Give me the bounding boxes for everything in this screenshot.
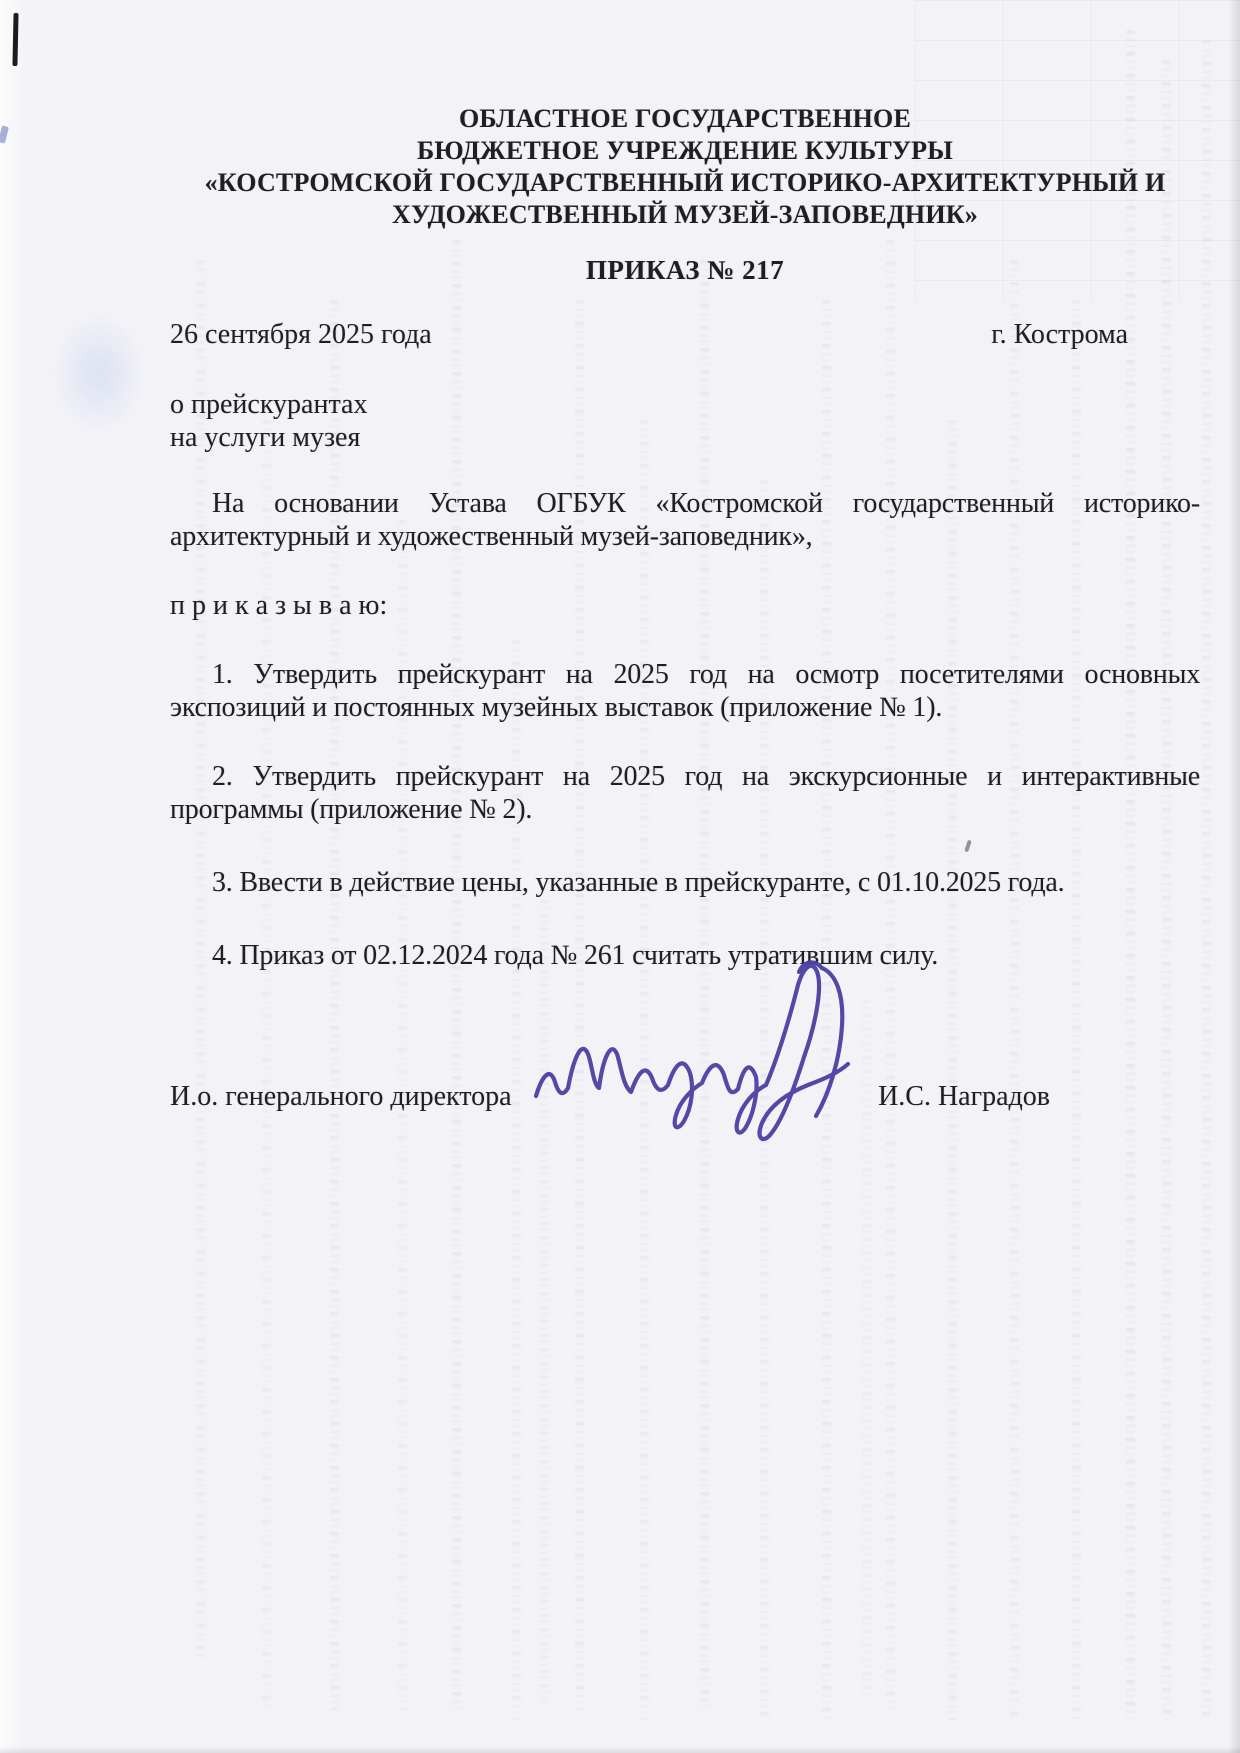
signature-name: И.С. Наградов bbox=[878, 1080, 1050, 1113]
signature-row: И.о. генерального директора И.С. Наградо… bbox=[170, 1080, 1200, 1113]
organization-name-line: «КОСТРОМСКОЙ ГОСУДАРСТВЕННЫЙ ИСТОРИКО-АР… bbox=[170, 167, 1200, 199]
signature-position-label: И.о. генерального директора bbox=[170, 1080, 512, 1113]
decree-word: п р и к а з ы в а ю: bbox=[170, 589, 1200, 622]
order-subject-line: на услуги музея bbox=[170, 421, 1200, 454]
date-city-row: 26 сентября 2025 года г. Кострома bbox=[170, 318, 1200, 351]
organization-name-line: ОБЛАСТНОЕ ГОСУДАРСТВЕННОЕ bbox=[170, 103, 1200, 135]
document-content: ОБЛАСТНОЕ ГОСУДАРСТВЕННОЕ БЮДЖЕТНОЕ УЧРЕ… bbox=[0, 0, 1240, 1753]
order-item-2: 2. Утвердить прейскурант на 2025 год на … bbox=[170, 760, 1200, 826]
organization-name: ОБЛАСТНОЕ ГОСУДАРСТВЕННОЕ БЮДЖЕТНОЕ УЧРЕ… bbox=[170, 103, 1200, 231]
order-preamble: На основании Устава ОГБУК «Костромской г… bbox=[170, 487, 1200, 553]
scanned-order-page: ОБЛАСТНОЕ ГОСУДАРСТВЕННОЕ БЮДЖЕТНОЕ УЧРЕ… bbox=[0, 0, 1240, 1753]
order-item-1: 1. Утвердить прейскурант на 2025 год на … bbox=[170, 658, 1200, 724]
order-subject-line: о прейскурантах bbox=[170, 388, 1200, 421]
order-title: ПРИКАЗ № 217 bbox=[170, 254, 1200, 286]
order-date: 26 сентября 2025 года bbox=[170, 318, 432, 351]
organization-name-line: ХУДОЖЕСТВЕННЫЙ МУЗЕЙ-ЗАПОВЕДНИК» bbox=[170, 199, 1200, 231]
order-subject: о прейскурантах на услуги музея bbox=[170, 388, 1200, 454]
order-city: г. Кострома bbox=[991, 318, 1128, 351]
organization-name-line: БЮДЖЕТНОЕ УЧРЕЖДЕНИЕ КУЛЬТУРЫ bbox=[170, 135, 1200, 167]
order-item-4: 4. Приказ от 02.12.2024 года № 261 счита… bbox=[170, 939, 1200, 972]
order-item-3: 3. Ввести в действие цены, указанные в п… bbox=[170, 866, 1200, 899]
